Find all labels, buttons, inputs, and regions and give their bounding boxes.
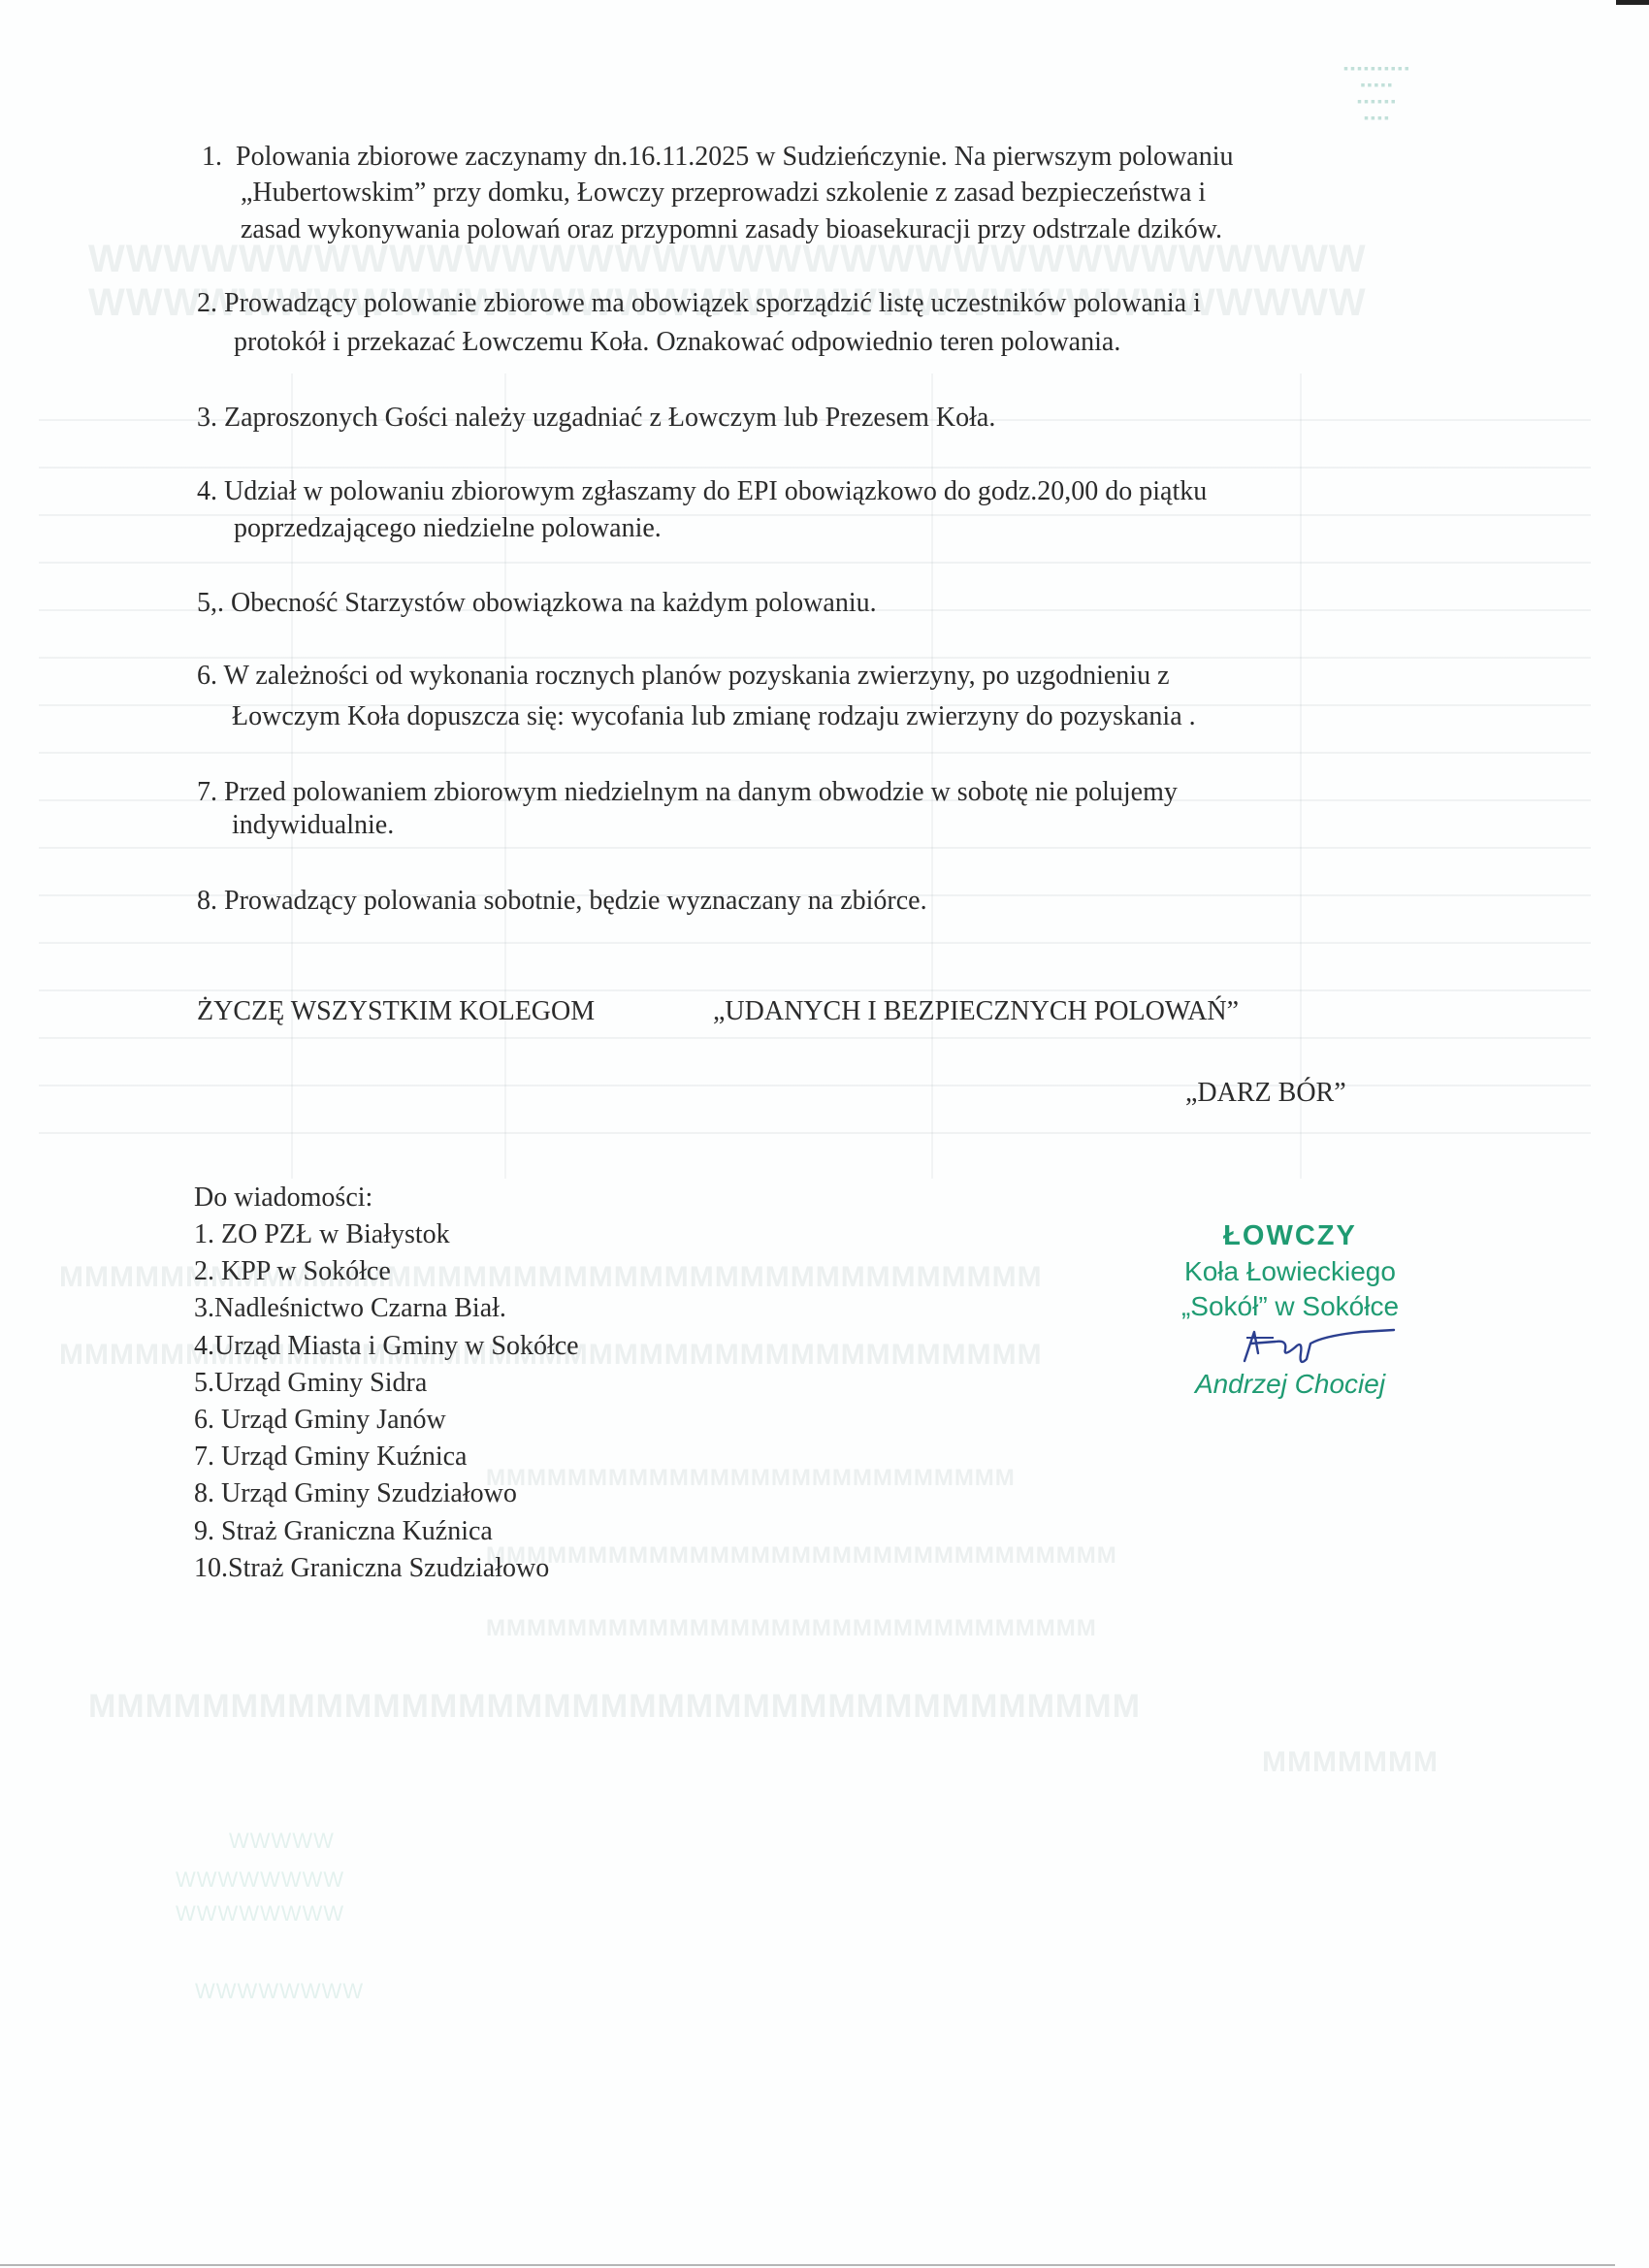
rule-item-1-line: „Hubertowskim” przy domku, Łowczy przepr…: [241, 177, 1206, 210]
bleed-through-text: MMMMMMM: [1261, 1746, 1438, 1779]
closing-greeting: „DARZ BÓR”: [1185, 1077, 1346, 1110]
signature: [1130, 1324, 1450, 1367]
rule-item-4-line: poprzedzającego niedzielne polowanie.: [234, 512, 662, 545]
rule-item-1-line: zasad wykonywania polowań oraz przypomni…: [241, 213, 1222, 246]
rule-item-4: 4. Udział w polowaniu zbiorowym zgłaszam…: [197, 475, 1207, 508]
scan-edge-artifact: [1616, 0, 1649, 5]
stamp-name: Andrzej Chociej: [1130, 1367, 1450, 1402]
document-page: WWWWWWWWWWWWWWWWWWWWWWWWWWWWWWWWWW WWWWW…: [0, 0, 1649, 2268]
rule-item-2: 2. Prowadzący polowanie zbiorowe ma obow…: [197, 287, 1201, 320]
recipient-item: 3.Nadleśnictwo Czarna Biał.: [194, 1292, 506, 1325]
scan-edge-artifact: [0, 2264, 1615, 2266]
distribution-heading: Do wiadomości:: [194, 1182, 372, 1215]
item-number: 5,.: [197, 588, 224, 618]
bleed-through-text: MMMMMMMMMMMMMMMMMMMMMMMMMM: [485, 1465, 1015, 1492]
wishes-left: ŻYCZĘ WSZYSTKIM KOLEGOM: [197, 995, 595, 1028]
rule-item-7-line: indywidualnie.: [232, 809, 394, 842]
recipient-item: 1. ZO PZŁ w Białystok: [194, 1218, 450, 1251]
rule-item-3: 3. Zaproszonych Gości należy uzgadniać z…: [197, 402, 995, 435]
rule-item-6-line: Łowczym Koła dopuszcza się: wycofania lu…: [232, 700, 1196, 733]
item-number: 6.: [197, 661, 217, 691]
recipient-item: 9. Straż Graniczna Kuźnica: [194, 1515, 493, 1548]
item-text: W zależności od wykonania rocznych planó…: [224, 661, 1170, 691]
stamp-title: ŁOWCZY: [1130, 1217, 1450, 1254]
item-text: Prowadzący polowania sobotnie, będzie wy…: [224, 886, 927, 916]
item-text: Udział w polowaniu zbiorowym zgłaszamy d…: [224, 476, 1207, 506]
item-text: Obecność Starzystów obowiązkowa na każdy…: [231, 588, 877, 618]
recipient-item: 2. KPP w Sokółce: [194, 1255, 391, 1288]
item-number: 1.: [202, 142, 222, 172]
bleed-through-stamp: WWWWW: [228, 1829, 334, 1854]
stamp-line: Koła Łowieckiego: [1130, 1254, 1450, 1289]
signature-icon: [1130, 1324, 1450, 1367]
item-text: Prowadzący polowanie zbiorowe ma obowiąz…: [224, 288, 1201, 318]
bleed-through-stamp: WWWWWWWW: [194, 1979, 363, 2004]
rule-item-5: 5,. Obecność Starzystów obowiązkowa na k…: [197, 587, 877, 620]
bleed-through-stamp: WWWWWWWW: [175, 1867, 343, 1893]
bleed-through-stamp: WWWWWWWW: [175, 1901, 343, 1927]
bleed-through-text: MMMMMMMMMMMMMMMMMMMMMMMMMMMMMMMMMMMMM: [87, 1688, 1140, 1726]
item-number: 3.: [197, 403, 217, 433]
item-text: Zaproszonych Gości należy uzgadniać z Ło…: [224, 403, 995, 433]
bleed-through-stamp: ▪▪▪▪▪▪▪▪▪▪▪▪▪▪▪▪▪▪▪▪▪▪▪▪▪: [1271, 60, 1484, 126]
item-number: 7.: [197, 777, 217, 807]
recipient-item: 7. Urząd Gminy Kuźnica: [194, 1441, 467, 1474]
recipient-item: 4.Urząd Miasta i Gminy w Sokółce: [194, 1330, 579, 1363]
official-stamp: ŁOWCZY Koła Łowieckiego „Sokół” w Sokółc…: [1130, 1217, 1450, 1402]
stamp-line: „Sokół” w Sokółce: [1130, 1289, 1450, 1324]
wishes-right: „UDANYCH I BEZPIECZNYCH POLOWAŃ”: [713, 995, 1239, 1028]
recipient-item: 5.Urząd Gminy Sidra: [194, 1367, 427, 1400]
rule-item-7: 7. Przed polowaniem zbiorowym niedzielny…: [197, 776, 1178, 809]
rule-item-1: 1. Polowania zbiorowe zaczynamy dn.16.11…: [202, 141, 1233, 174]
recipient-item: 6. Urząd Gminy Janów: [194, 1404, 446, 1437]
rule-item-8: 8. Prowadzący polowania sobotnie, będzie…: [197, 885, 927, 918]
recipient-item: 8. Urząd Gminy Szudziałowo: [194, 1477, 517, 1510]
item-text: Polowania zbiorowe zaczynamy dn.16.11.20…: [236, 142, 1233, 172]
item-number: 4.: [197, 476, 217, 506]
bleed-through-table: [1300, 373, 1302, 1179]
rule-item-6: 6. W zależności od wykonania rocznych pl…: [197, 660, 1170, 693]
bleed-through-text: MMMMMMMMMMMMMMMMMMMMMMMMMMMMMMM: [485, 1542, 1116, 1570]
item-number: 8.: [197, 886, 217, 916]
bleed-through-text: MMMMMMMMMMMMMMMMMMMMMMMMMMMMMM: [485, 1615, 1096, 1642]
recipient-item: 10.Straż Graniczna Szudziałowo: [194, 1552, 549, 1585]
item-number: 2.: [197, 288, 217, 318]
rule-item-2-line: protokół i przekazać Łowczemu Koła. Ozna…: [234, 326, 1120, 359]
item-text: Przed polowaniem zbiorowym niedzielnym n…: [224, 777, 1178, 807]
